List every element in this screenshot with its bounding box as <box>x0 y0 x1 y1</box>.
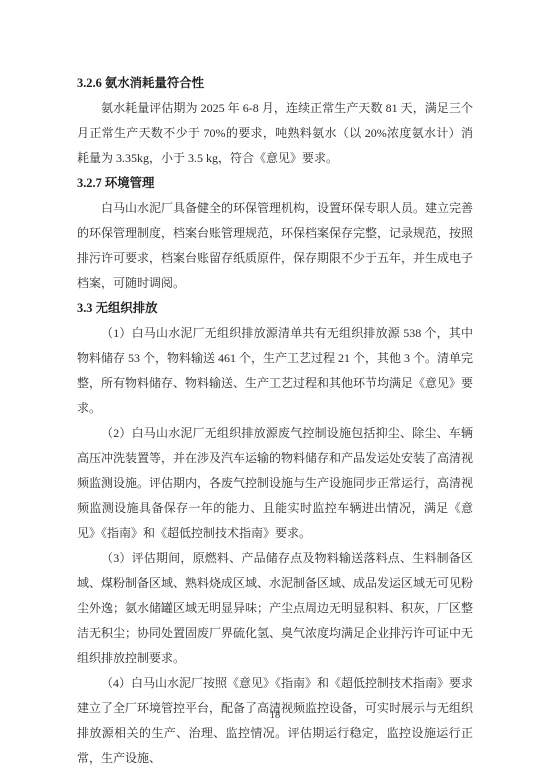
page-content: 3.2.6 氨水消耗量符合性 氨水耗量评估期为 2025 年 6-8 月，连续正… <box>77 71 473 771</box>
paragraph-fugitive-emission-1: （1）白马山水泥厂无组织排放源清单共有无组织排放源 538 个，其中物料储存 5… <box>77 321 473 421</box>
paragraph-ammonia-consumption: 氨水耗量评估期为 2025 年 6-8 月，连续正常生产天数 81 天，满足三个… <box>77 96 473 171</box>
paragraph-fugitive-emission-3: （3）评估期间，原燃料、产品储存点及物料输送落料点、生料制备区域、煤粉制备区域、… <box>77 546 473 671</box>
document-page: 3.2.6 氨水消耗量符合性 氨水耗量评估期为 2025 年 6-8 月，连续正… <box>0 0 550 778</box>
paragraph-fugitive-emission-2: （2）白马山水泥厂无组织排放源废气控制设施包括抑尘、除尘、车辆高压冲洗装置等，并… <box>77 421 473 546</box>
section-heading-3-2-6: 3.2.6 氨水消耗量符合性 <box>77 71 473 96</box>
section-heading-3-2-7: 3.2.7 环境管理 <box>77 171 473 196</box>
paragraph-environment-management: 白马山水泥厂具备健全的环保管理机构，设置环保专职人员。建立完善的环保管理制度，档… <box>77 196 473 296</box>
section-heading-3-3: 3.3 无组织排放 <box>77 296 473 321</box>
page-number: 18 <box>0 709 550 723</box>
